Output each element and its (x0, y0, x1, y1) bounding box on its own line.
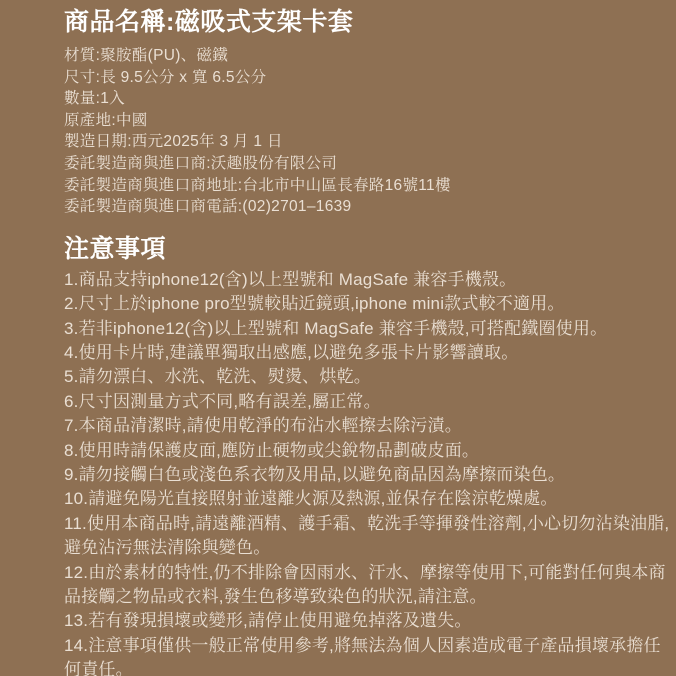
notice-item: 5.請勿漂白、水洗、乾洗、熨燙、烘乾。 (64, 365, 672, 389)
product-detail-line: 委託製造商與進口商地址:台北市中山區長春路16號11樓 (64, 175, 672, 197)
product-detail-line: 委託製造商與進口商電話:(02)2701–1639 (64, 196, 672, 218)
notice-item: 13.若有發現損壞或變形,請停止使用避免掉落及遺失。 (64, 609, 672, 633)
notice-item: 7.本商品清潔時,請使用乾淨的布沾水輕擦去除污漬。 (64, 414, 672, 438)
product-detail-line: 委託製造商與進口商:沃趣股份有限公司 (64, 153, 672, 175)
notice-item: 6.尺寸因測量方式不同,略有誤差,屬正常。 (64, 390, 672, 414)
notice-item: 14.注意事項僅供一般正常使用參考,將無法為個人因素造成電子產品損壞承擔任何責任… (64, 634, 672, 676)
notice-item: 8.使用時請保護皮面,應防止硬物或尖銳物品劃破皮面。 (64, 439, 672, 463)
notice-item: 3.若非iphone12(含)以上型號和 MagSafe 兼容手機殼,可搭配鐵圈… (64, 317, 672, 341)
notices-heading: 注意事項 (64, 234, 672, 265)
product-detail-line: 材質:聚胺酯(PU)、磁鐵 (64, 45, 672, 67)
product-info-page: 商品名稱:磁吸式支架卡套 材質:聚胺酯(PU)、磁鐵尺寸:長 9.5公分 x 寬… (0, 0, 676, 676)
product-detail-line: 尺寸:長 9.5公分 x 寬 6.5公分 (64, 67, 672, 89)
notice-item: 12.由於素材的特性,仍不排除會因雨水、汗水、摩擦等使用下,可能對任何與本商品接… (64, 561, 672, 610)
notice-item: 4.使用卡片時,建議單獨取出感應,以避免多張卡片影響讀取。 (64, 341, 672, 365)
notices-list: 1.商品支持iphone12(含)以上型號和 MagSafe 兼容手機殼。2.尺… (64, 268, 672, 676)
notice-item: 2.尺寸上於iphone pro型號較貼近鏡頭,iphone mini款式較不適… (64, 292, 672, 316)
product-detail-line: 原產地:中國 (64, 110, 672, 132)
notice-item: 1.商品支持iphone12(含)以上型號和 MagSafe 兼容手機殼。 (64, 268, 672, 292)
notice-item: 9.請勿接觸白色或淺色系衣物及用品,以避免商品因為摩擦而染色。 (64, 463, 672, 487)
product-detail-line: 製造日期:西元2025年 3 月 1 日 (64, 131, 672, 153)
product-detail-line: 數量:1入 (64, 88, 672, 110)
product-details-list: 材質:聚胺酯(PU)、磁鐵尺寸:長 9.5公分 x 寬 6.5公分數量:1入原產… (64, 45, 672, 218)
notice-item: 11.使用本商品時,請遠離酒精、護手霜、乾洗手等揮發性溶劑,小心切勿沾染油脂,避… (64, 512, 672, 561)
product-title: 商品名稱:磁吸式支架卡套 (64, 6, 672, 38)
notice-item: 10.請避免陽光直接照射並遠離火源及熱源,並保存在陰涼乾燥處。 (64, 487, 672, 511)
